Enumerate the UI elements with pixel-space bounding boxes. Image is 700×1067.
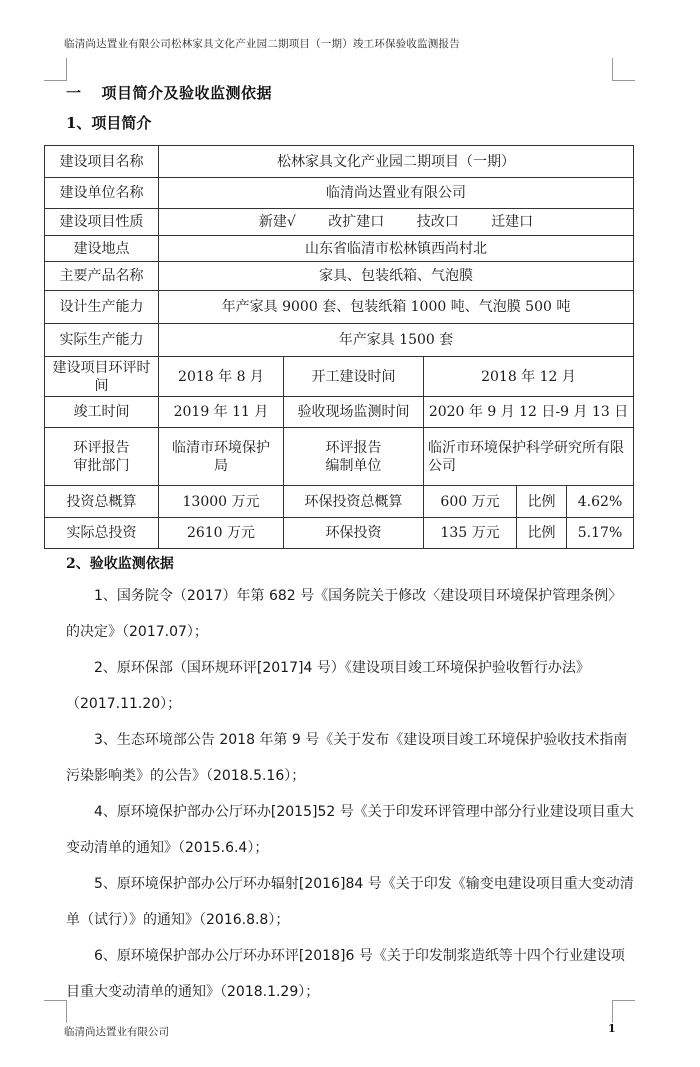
ratio-label: 比例: [517, 518, 567, 549]
row-value: 年产家具 9000 套、包装纸箱 1000 吨、气泡膜 500 吨: [159, 291, 634, 324]
row-value: 临清尚达置业有限公司: [159, 178, 634, 209]
row-label: 投资总概算: [45, 486, 159, 518]
ratio-label: 比例: [517, 486, 567, 518]
margin-corner-mark: [44, 1000, 67, 1023]
row-value: 2610 万元: [159, 518, 284, 549]
margin-corner-mark: [44, 58, 67, 81]
table-row: 建设地点 山东省临清市松林镇西尚村北: [45, 236, 634, 262]
section-heading: 一项目简介及验收监测依据: [66, 82, 272, 103]
basis-item: 1、国务院令（2017）年第 682 号《国务院关于修改〈建设项目环境保护管理条…: [66, 578, 634, 650]
table-row: 环评报告审批部门 临清市环境保护局 环评报告编制单位 临沂市环境保护科学研究所有…: [45, 428, 634, 486]
row-value: 临清市环境保护局: [159, 428, 284, 486]
row-label: 验收现场监测时间: [284, 397, 424, 428]
table-row: 设计生产能力 年产家具 9000 套、包装纸箱 1000 吨、气泡膜 500 吨: [45, 291, 634, 324]
nature-option-relocation: 迁建口: [491, 214, 533, 230]
row-label: 环保投资总概算: [284, 486, 424, 518]
row-value: 2018 年 12 月: [424, 357, 634, 397]
row-value: 临沂市环境保护科学研究所有限公司: [424, 428, 634, 486]
row-label: 主要产品名称: [45, 262, 159, 291]
subsection-heading: 1、项目简介: [66, 112, 151, 133]
row-label: 建设项目名称: [45, 146, 159, 178]
ratio-value: 5.17%: [567, 518, 634, 549]
project-nature-options: 新建√ 改扩建口 技改口 迁建口: [159, 209, 634, 236]
running-header: 临清尚达置业有限公司松林家具文化产业园二期项目（一期）竣工环保验收监测报告: [64, 36, 460, 51]
footer-company: 临清尚达置业有限公司: [64, 1024, 169, 1039]
nature-option-new: 新建√: [259, 214, 296, 230]
row-value: 家具、包装纸箱、气泡膜: [159, 262, 634, 291]
page-number: 1: [608, 1022, 616, 1035]
table-row: 投资总概算 13000 万元 环保投资总概算 600 万元 比例 4.62%: [45, 486, 634, 518]
basis-item: 2、原环保部（国环规环评[2017]4 号）《建设项目竣工环境保护验收暂行办法》…: [66, 650, 634, 722]
table-row: 建设单位名称 临清尚达置业有限公司: [45, 178, 634, 209]
basis-item: 5、原环境保护部办公厅环办辐射[2016]84 号《关于印发《输变电建设项目重大…: [66, 866, 634, 938]
row-label: 实际总投资: [45, 518, 159, 549]
row-value: 600 万元: [424, 486, 517, 518]
row-value: 2018 年 8 月: [159, 357, 284, 397]
row-label: 建设项目性质: [45, 209, 159, 236]
section-title: 项目简介及验收监测依据: [102, 84, 273, 102]
row-label: 竣工时间: [45, 397, 159, 428]
ratio-value: 4.62%: [567, 486, 634, 518]
monitoring-basis-list: 1、国务院令（2017）年第 682 号《国务院关于修改〈建设项目环境保护管理条…: [66, 578, 634, 1010]
row-label: 环评报告审批部门: [45, 428, 159, 486]
basis-item: 3、生态环境部公告 2018 年第 9 号《关于发布《建设项目竣工环境保护验收技…: [66, 722, 634, 794]
row-value: 年产家具 1500 套: [159, 324, 634, 357]
basis-item: 6、原环境保护部办公厅环办环评[2018]6 号《关于印发制浆造纸等十四个行业建…: [66, 938, 634, 1010]
margin-corner-mark: [612, 1000, 635, 1023]
row-value: 2019 年 11 月: [159, 397, 284, 428]
table-row: 建设项目环评时间 2018 年 8 月 开工建设时间 2018 年 12 月: [45, 357, 634, 397]
row-label: 环保投资: [284, 518, 424, 549]
section-number: 一: [66, 84, 82, 102]
table-row: 实际总投资 2610 万元 环保投资 135 万元 比例 5.17%: [45, 518, 634, 549]
row-value: 135 万元: [424, 518, 517, 549]
table-row: 竣工时间 2019 年 11 月 验收现场监测时间 2020 年 9 月 12 …: [45, 397, 634, 428]
row-label: 环评报告编制单位: [284, 428, 424, 486]
row-value: 松林家具文化产业园二期项目（一期）: [159, 146, 634, 178]
row-label: 建设地点: [45, 236, 159, 262]
nature-option-expansion: 改扩建口: [328, 214, 384, 230]
table-row: 建设项目名称 松林家具文化产业园二期项目（一期）: [45, 146, 634, 178]
row-label: 建设项目环评时间: [45, 357, 159, 397]
row-label: 设计生产能力: [45, 291, 159, 324]
row-value: 2020 年 9 月 12 日-9 月 13 日: [424, 397, 634, 428]
table-row: 主要产品名称 家具、包装纸箱、气泡膜: [45, 262, 634, 291]
row-label: 开工建设时间: [284, 357, 424, 397]
subsection-heading: 2、验收监测依据: [66, 553, 174, 573]
margin-corner-mark: [612, 58, 635, 81]
project-info-table: 建设项目名称 松林家具文化产业园二期项目（一期） 建设单位名称 临清尚达置业有限…: [44, 145, 634, 549]
row-label: 实际生产能力: [45, 324, 159, 357]
row-value: 13000 万元: [159, 486, 284, 518]
row-value: 山东省临清市松林镇西尚村北: [159, 236, 634, 262]
row-label: 建设单位名称: [45, 178, 159, 209]
table-row: 建设项目性质 新建√ 改扩建口 技改口 迁建口: [45, 209, 634, 236]
basis-item: 4、原环境保护部办公厅环办[2015]52 号《关于印发环评管理中部分行业建设项…: [66, 794, 634, 866]
table-row: 实际生产能力 年产家具 1500 套: [45, 324, 634, 357]
nature-option-renovation: 技改口: [417, 214, 459, 230]
